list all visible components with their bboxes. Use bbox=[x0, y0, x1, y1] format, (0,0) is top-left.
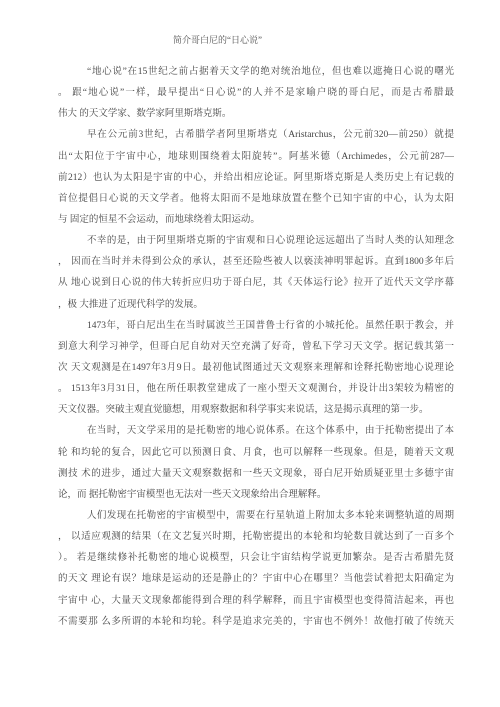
text-line: 早在公元前3世纪，古希腊学者阿里斯塔克（Aristarchus，公元前320—前… bbox=[58, 125, 454, 146]
text-line: 不幸的是，由于阿里斯塔克斯的宇宙观和日心说理论远远超出了当时人类的认知理念 bbox=[58, 231, 454, 252]
text-line: 论，而 据托勒密宇宙模型也无法对一些天文现象给出合理解释。 bbox=[58, 485, 454, 506]
text-line: 宇宙中 心，大量天文现象都能得到合理的科学解释，而且宇宙模型也变得简洁起来，再也 bbox=[58, 591, 454, 612]
text-line: 与 固定的恒星不会运动，而地球绕着太阳运动。 bbox=[58, 210, 454, 231]
text-line: 天文仪器。突破主观直觉臆想，用观察数据和科学事实来说话，这是揭示真理的第一步。 bbox=[58, 400, 454, 421]
text-line: 。 跟“地心说”一样，最早提出“日心说”的人并不是家喻户晓的哥白尼，而是古希腊最 bbox=[58, 83, 454, 104]
text-line: 不需要那 么多所谓的本轮和均轮。科学是追求完美的，宇宙也不例外！故他打破了传统天 bbox=[58, 612, 454, 633]
text-line: 。 1513年3月31日，他在所任职教堂建成了一座小型天文观测台，并设计出3架较… bbox=[58, 379, 454, 400]
text-line: 首位提倡日心说的天文学者。他将太阳而不是地球放置在整个已知宇宙的中心，认为太阳 bbox=[58, 189, 454, 210]
text-line: ， 以适应观测的结果（在文艺复兴时期，托勒密提出的本轮和均轮数目就达到了一百多个 bbox=[58, 527, 454, 548]
text-line: ，极 大推进了近现代科学的发展。 bbox=[58, 295, 454, 316]
text-line: 在当时，天文学采用的是托勒密的地心说体系。在这个体系中，由于托勒密提出了本 bbox=[58, 421, 454, 442]
text-line: 伟大 的天文学家、数学家阿里斯塔克斯。 bbox=[58, 104, 454, 125]
paragraph: 早在公元前3世纪，古希腊学者阿里斯塔克（Aristarchus，公元前320—前… bbox=[58, 125, 454, 231]
text-line: 到意大利学习神学，但哥白尼自幼对天空充满了好奇，曾私下学习天文学。据记载其第一 bbox=[58, 337, 454, 358]
paragraph: 人们发现在托勒密的宇宙模型中，需要在行星轨道上附加太多本轮来调整轨道的周期 ， … bbox=[58, 506, 454, 633]
text-line: 从 地心说到日心说的伟大转折应归功于哥白尼，其《天体运行论》拉开了近代天文学序幕 bbox=[58, 273, 454, 294]
text-line: 人们发现在托勒密的宇宙模型中，需要在行星轨道上附加太多本轮来调整轨道的周期 bbox=[58, 506, 454, 527]
paragraph: 1473年，哥白尼出生在当时属波兰王国普鲁士行省的小城托伦。虽然任职于教会，并 … bbox=[58, 316, 454, 422]
text-line: ）。 若是继续修补托勒密的地心说模型，只会让宇宙结构学说更加繁杂。是否古希腊先贤 bbox=[58, 548, 454, 569]
document-page: 简介哥白尼的“日心说” “地心说”在15世纪之前占据着天文学的绝对统治地位，但也… bbox=[0, 0, 500, 707]
text-line: 出“太阳位于宇宙中心，地球则围绕着太阳旋转”。阿基米德（Archimedes，公… bbox=[58, 147, 454, 168]
document-body: “地心说”在15世纪之前占据着天文学的绝对统治地位，但也难以遮掩日心说的曙光 。… bbox=[58, 62, 454, 633]
text-line: “地心说”在15世纪之前占据着天文学的绝对统治地位，但也难以遮掩日心说的曙光 bbox=[58, 62, 454, 83]
text-line: 测技 术的进步，通过大量天文观察数据和一些天文现象，哥白尼开始质疑亚里士多德宇宙 bbox=[58, 464, 454, 485]
paragraph: 在当时，天文学采用的是托勒密的地心说体系。在这个体系中，由于托勒密提出了本 轮 … bbox=[58, 421, 454, 506]
document-title: 简介哥白尼的“日心说” bbox=[0, 0, 500, 47]
paragraph: “地心说”在15世纪之前占据着天文学的绝对统治地位，但也难以遮掩日心说的曙光 。… bbox=[58, 62, 454, 125]
text-line: ， 因而在当时并未得到公众的承认，甚至还险些被人以亵渎神明罪起诉。直到1800多… bbox=[58, 252, 454, 273]
text-line: 前212）也认为太阳是宇宙的中心，并给出相应论证。阿里斯塔克斯是人类历史上有记载… bbox=[58, 168, 454, 189]
text-line: 次 天文观测是在1497年3月9日。最初他试图通过天文观察来理解和诠释托勒密地心… bbox=[58, 358, 454, 379]
text-line: 的天文 理论有误？地球是运动的还是静止的？宇宙中心在哪里？当他尝试着把太阳确定为 bbox=[58, 569, 454, 590]
text-line: 轮 和均轮的复合，因此它可以预测日食、月食，也可以解释一些现象。但是，随着天文观 bbox=[58, 443, 454, 464]
text-line: 1473年，哥白尼出生在当时属波兰王国普鲁士行省的小城托伦。虽然任职于教会，并 bbox=[58, 316, 454, 337]
paragraph: 不幸的是，由于阿里斯塔克斯的宇宙观和日心说理论远远超出了当时人类的认知理念 ， … bbox=[58, 231, 454, 316]
